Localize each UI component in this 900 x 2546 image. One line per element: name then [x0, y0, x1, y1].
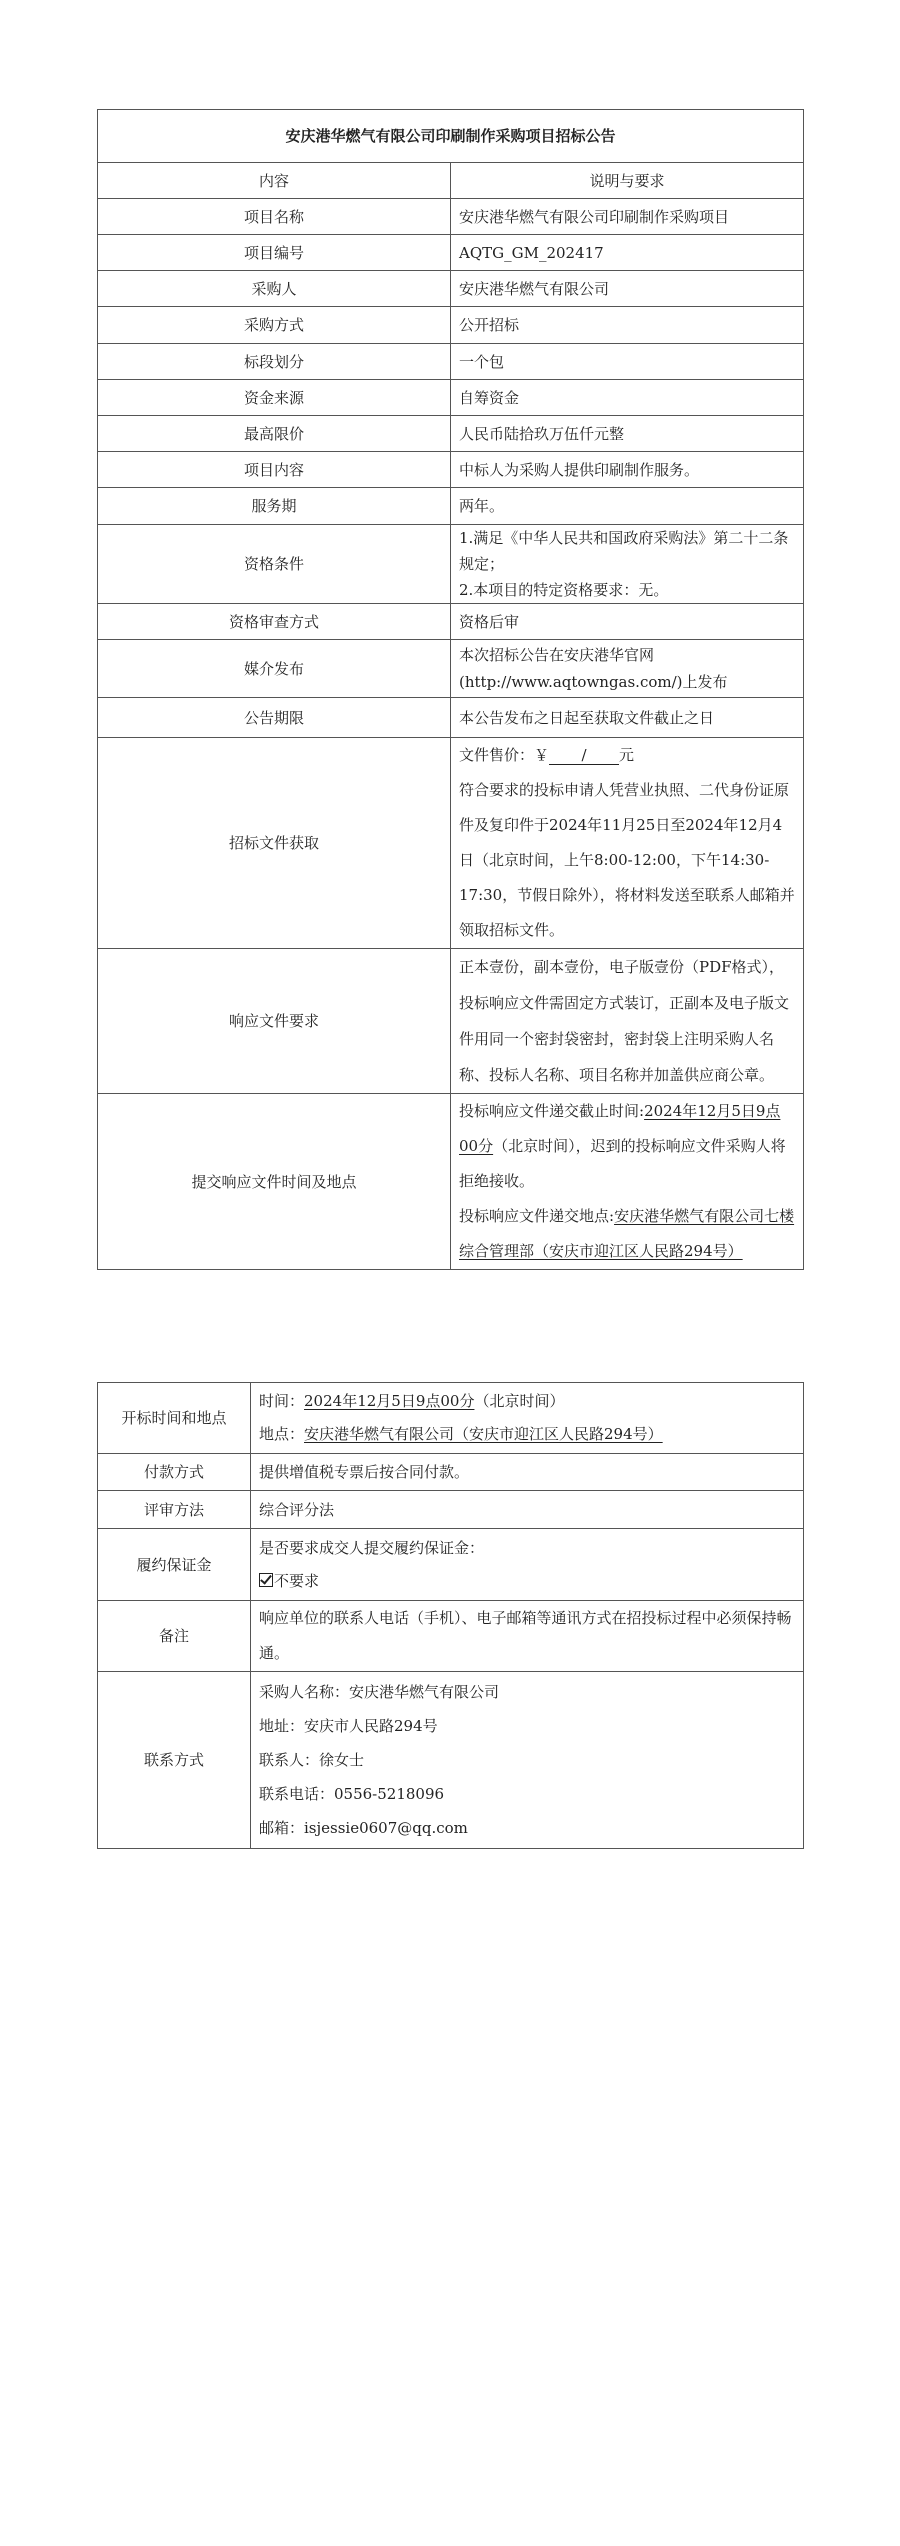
purchaser: 安庆港华燃气有限公司: [451, 271, 804, 307]
row-label: 标段划分: [98, 344, 451, 380]
bond-details: 是否要求成交人提交履约保证金： 不要求: [251, 1529, 804, 1601]
doc-obtain-text: 符合要求的投标申请人凭营业执照、二代身份证原件及复印件于2024年11月25日至…: [459, 773, 797, 948]
evaluation-method: 综合评分法: [251, 1491, 804, 1529]
evaluation-label: 评审方法: [98, 1491, 251, 1529]
review-method-label: 资格审查方式: [98, 604, 451, 640]
response-req-label: 响应文件要求: [98, 949, 451, 1094]
row-label: 最高限价: [98, 416, 451, 452]
bond-question: 是否要求成交人提交履约保证金：: [259, 1532, 797, 1565]
tender-notice-table-page1: 安庆港华燃气有限公司印刷制作采购项目招标公告 内容 说明与要求 项目名称安庆港华…: [97, 109, 804, 1270]
remarks-label: 备注: [98, 1601, 251, 1672]
submission-place: 投标响应文件递交地点:安庆港华燃气有限公司七楼综合管理部（安庆市迎江区人民路29…: [459, 1199, 797, 1269]
contact-purchaser: 采购人名称：安庆港华燃气有限公司: [259, 1675, 797, 1709]
header-content: 内容: [98, 163, 451, 199]
project-number: AQTG_GM_202417: [451, 235, 804, 271]
opening-time: 时间：2024年12月5日9点00分（北京时间）: [259, 1385, 797, 1418]
submission-label: 提交响应文件时间及地点: [98, 1094, 451, 1270]
payment-label: 付款方式: [98, 1454, 251, 1491]
contact-phone: 联系电话：0556-5218096: [259, 1777, 797, 1811]
opening-place: 地点：安庆港华燃气有限公司（安庆市迎江区人民路294号）: [259, 1418, 797, 1451]
max-price: 人民币陆拾玖万伍仟元整: [451, 416, 804, 452]
tender-notice-table-page2: 开标时间和地点 时间：2024年12月5日9点00分（北京时间） 地点：安庆港华…: [97, 1382, 804, 1849]
qualification-conditions: 1.满足《中华人民共和国政府采购法》第二十二条规定； 2.本项目的特定资格要求：…: [451, 525, 804, 604]
review-method: 资格后审: [451, 604, 804, 640]
doc-price-value: /: [549, 746, 619, 765]
qualification-label: 资格条件: [98, 525, 451, 604]
media-label: 媒介发布: [98, 640, 451, 698]
row-label: 采购人: [98, 271, 451, 307]
fund-source: 自筹资金: [451, 380, 804, 416]
qualification-line-1: 1.满足《中华人民共和国政府采购法》第二十二条规定；: [459, 525, 797, 577]
submission-details: 投标响应文件递交截止时间:2024年12月5日9点00分（北京时间），迟到的投标…: [451, 1094, 804, 1270]
row-label: 项目名称: [98, 199, 451, 235]
media-publication: 本次招标公告在安庆港华官网(http://www.aqtowngas.com/)…: [451, 640, 804, 698]
opening-details: 时间：2024年12月5日9点00分（北京时间） 地点：安庆港华燃气有限公司（安…: [251, 1383, 804, 1454]
bond-option: 不要求: [259, 1565, 797, 1598]
row-label: 项目编号: [98, 235, 451, 271]
remarks: 响应单位的联系人电话（手机）、电子邮箱等通讯方式在招投标过程中必须保持畅通。: [251, 1601, 804, 1672]
opening-label: 开标时间和地点: [98, 1383, 251, 1454]
bond-label: 履约保证金: [98, 1529, 251, 1601]
procurement-method: 公开招标: [451, 307, 804, 344]
contact-address: 地址：安庆市人民路294号: [259, 1709, 797, 1743]
doc-price: 文件售价：￥/元: [459, 738, 797, 773]
document-title: 安庆港华燃气有限公司印刷制作采购项目招标公告: [98, 110, 804, 163]
row-label: 项目内容: [98, 452, 451, 488]
contact-details: 采购人名称：安庆港华燃气有限公司 地址：安庆市人民路294号 联系人：徐女士 联…: [251, 1672, 804, 1849]
contact-person: 联系人：徐女士: [259, 1743, 797, 1777]
doc-obtain-label: 招标文件获取: [98, 738, 451, 949]
period-label: 公告期限: [98, 698, 451, 738]
row-label: 资金来源: [98, 380, 451, 416]
response-requirements: 正本壹份，副本壹份，电子版壹份（PDF格式），投标响应文件需固定方式装订，正副本…: [451, 949, 804, 1094]
qualification-line-2: 2.本项目的特定资格要求：无。: [459, 577, 797, 603]
payment-method: 提供增值税专票后按合同付款。: [251, 1454, 804, 1491]
header-description: 说明与要求: [451, 163, 804, 199]
checkbox-checked-icon: [259, 1573, 273, 1587]
project-content: 中标人为采购人提供印刷制作服务。: [451, 452, 804, 488]
submission-deadline: 投标响应文件递交截止时间:2024年12月5日9点00分（北京时间），迟到的投标…: [459, 1094, 797, 1199]
doc-obtain-details: 文件售价：￥/元 符合要求的投标申请人凭营业执照、二代身份证原件及复印件于202…: [451, 738, 804, 949]
row-label: 服务期: [98, 488, 451, 525]
contact-email: 邮箱：isjessie0607@qq.com: [259, 1811, 797, 1845]
lot-division: 一个包: [451, 344, 804, 380]
service-period: 两年。: [451, 488, 804, 525]
notice-period: 本公告发布之日起至获取文件截止之日: [451, 698, 804, 738]
contact-label: 联系方式: [98, 1672, 251, 1849]
project-name: 安庆港华燃气有限公司印刷制作采购项目: [451, 199, 804, 235]
row-label: 采购方式: [98, 307, 451, 344]
